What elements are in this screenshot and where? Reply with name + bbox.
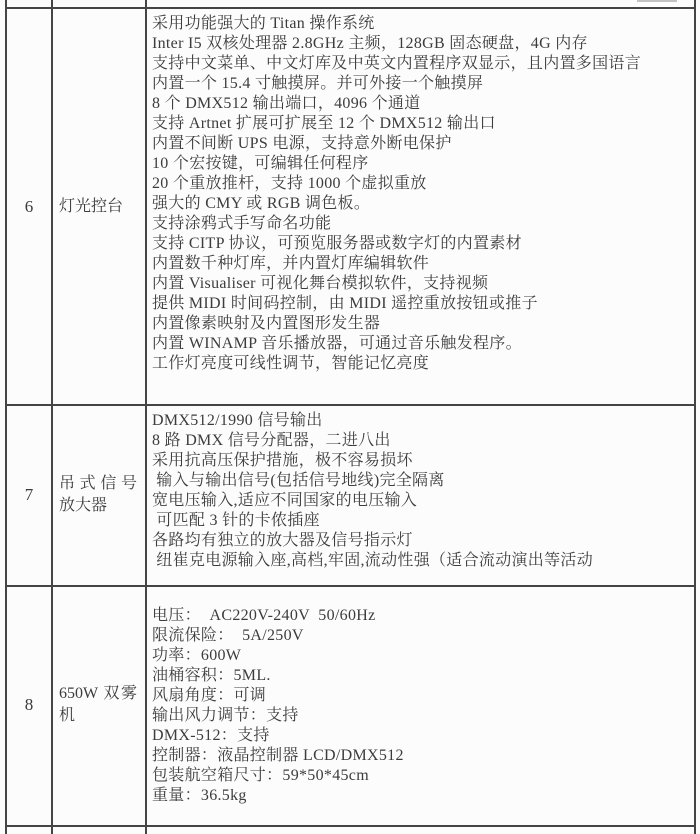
text-line: 10 个宏按键，可编辑任何程序	[152, 154, 694, 174]
table-row: 7 吊式信号放大器 DMX512/1990 信号输出8 路 DMX 信号分配器，…	[7, 404, 694, 585]
text-line: 支持涂鸦式手写命名功能	[152, 214, 694, 234]
text-line: 支持 Artnet 扩展可扩展至 12 个 DMX512 输出口	[152, 114, 694, 134]
text-line: 内置像素映射及内置图形发生器	[152, 314, 694, 334]
text-line: 8 个 DMX512 输出端口，4096 个通道	[152, 94, 694, 114]
text-line: 内置数千种灯库，并内置灯库编辑软件	[152, 254, 694, 274]
text-line: 功率：600W	[152, 646, 694, 666]
text-line: 灯光控台	[59, 196, 137, 218]
text-line: 吊式信号	[59, 473, 137, 495]
text-line: 采用抗高压保护措施，极不容易损坏	[152, 451, 694, 471]
text-line: DMX-512：支持	[152, 726, 694, 746]
text-line: 各路均有独立的放大器及信号指示灯	[152, 531, 694, 551]
text-line: 8 路 DMX 信号分配器，二进八出	[152, 431, 694, 451]
text-line: 提供 MIDI 时间码控制，由 MIDI 遥控重放按钮或推子	[152, 294, 694, 314]
text-line: 油桶容积：5ML.	[152, 666, 694, 686]
text-line: 支持 CITP 协议，可预览服务器或数字灯的内置素材	[152, 234, 694, 254]
row-content-cell: 采用功能强大的 Titan 操作系统Inter I5 双核处理器 2.8GHz …	[145, 9, 694, 404]
text-line: 内置 Visualiser 可视化舞台模拟软件，支持视频	[152, 274, 694, 294]
text-line: 纽崔克电源输入座,高档,牢固,流动性强（适合流动演出等活动	[152, 551, 694, 571]
text-line: 支持中文菜单、中文灯库及中英文内置程序双显示，且内置多国语言	[152, 54, 694, 74]
table-row: 8 650W 双雾机 电压： AC220V-240V 50/60Hz限流保险： …	[7, 585, 694, 825]
text-line: 输入与输出信号(包括信号地线)完全隔离	[152, 471, 694, 491]
text-line: 输出风力调节：支持	[152, 706, 694, 726]
row-content-cell: DMX512/1990 信号输出8 路 DMX 信号分配器，二进八出采用抗高压保…	[145, 404, 694, 585]
row-label-cell: 650W 双雾机	[51, 585, 145, 825]
table-row-divider-bottom	[5, 825, 696, 827]
text-line: 风扇角度：可调	[152, 686, 694, 706]
spec-table: 6 灯光控台 采用功能强大的 Titan 操作系统Inter I5 双核处理器 …	[7, 9, 694, 825]
text-line: DMX512/1990 信号输出	[152, 411, 694, 431]
row-label-cell: 灯光控台	[51, 9, 145, 404]
row-number-cell: 8	[7, 585, 51, 825]
row-label-cell: 吊式信号放大器	[51, 404, 145, 585]
row-content-cell: 电压： AC220V-240V 50/60Hz限流保险： 5A/250V功率：6…	[145, 585, 694, 825]
text-line: 工作灯亮度可线性调节，智能记忆亮度	[152, 354, 694, 374]
text-line: 包装航空箱尺寸：59*50*45cm	[152, 766, 694, 786]
text-line: 内置不间断 UPS 电源，支持意外断电保护	[152, 134, 694, 154]
previous-row-border-fragment	[637, 0, 677, 2]
text-line: 采用功能强大的 Titan 操作系统	[152, 14, 694, 34]
text-line: 650W 双雾	[59, 683, 137, 705]
text-line: 20 个重放推杆，支持 1000 个虚拟重放	[152, 174, 694, 194]
text-line: 放大器	[59, 495, 137, 517]
text-line: 重量：36.5kg	[152, 786, 694, 806]
text-line: 强大的 CMY 或 RGB 调色板。	[152, 194, 694, 214]
spec-table-page: 6 灯光控台 采用功能强大的 Titan 操作系统Inter I5 双核处理器 …	[0, 0, 700, 834]
row-number-cell: 7	[7, 404, 51, 585]
text-line: 控制器：液晶控制器 LCD/DMX512	[152, 746, 694, 766]
text-line: 可匹配 3 针的卡侬插座	[152, 511, 694, 531]
text-line: 内置一个 15.4 寸触摸屏。并可外接一个触摸屏	[152, 74, 694, 94]
row-number-cell: 6	[7, 9, 51, 404]
table-border-right	[694, 0, 696, 834]
text-line: 宽电压输入,适应不同国家的电压输入	[152, 491, 694, 511]
text-line: Inter I5 双核处理器 2.8GHz 主频，128GB 固态硬盘，4G 内…	[152, 34, 694, 54]
text-line: 机	[59, 705, 137, 727]
text-line: 限流保险： 5A/250V	[152, 626, 694, 646]
text-line: 内置 WINAMP 音乐播放器，可通过音乐触发程序。	[152, 334, 694, 354]
table-row: 6 灯光控台 采用功能强大的 Titan 操作系统Inter I5 双核处理器 …	[7, 9, 694, 404]
text-line: 电压： AC220V-240V 50/60Hz	[152, 606, 694, 626]
